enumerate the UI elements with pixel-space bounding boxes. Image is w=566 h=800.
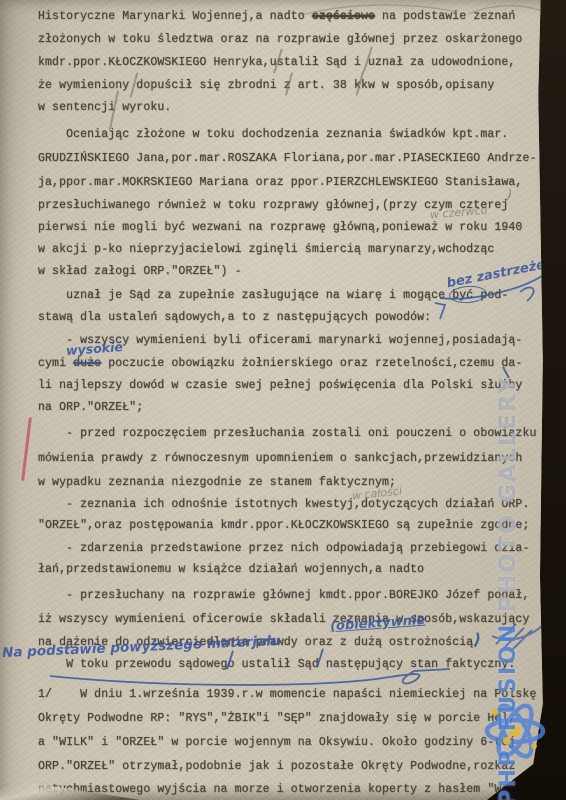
typed-line: natychmiastowego wyjścia na morze i otwo… (38, 783, 544, 797)
ink-annotation-wysokie: wysokie (66, 339, 124, 358)
typed-line: Historyczne Marynarki Wojennej,a nadto c… (38, 10, 515, 24)
ink-hook-mark (432, 300, 450, 322)
typed-line: ORP."ORZEŁ" otrzymał,podobnie jak i pozo… (38, 760, 515, 774)
typed-line: - przesłuchany na rozprawie głównej kmdt… (38, 589, 529, 603)
typed-line: w skład załogi ORP."ORZEŁ") - (38, 265, 242, 279)
typed-line: "ORZEŁ",oraz postępowania kmdr.ppor.KŁOC… (38, 519, 529, 533)
document-paper: Historyczne Marynarki Wojennej,a nadto c… (0, 0, 566, 800)
typed-line: 1/ W dniu 1.września 1939.r.w momencie n… (38, 688, 537, 702)
typed-line: - zdarzenia przedstawione przez nich odp… (38, 542, 529, 556)
typed-line: iż wszyscy wymienieni oficerowie składal… (38, 613, 529, 627)
typed-line: stawą dla ustaleń sądowych,a to z następ… (38, 311, 431, 325)
struck-word-blue: duże (73, 357, 101, 370)
typed-line: łań,przedstawionemu w książce działań wo… (38, 563, 424, 577)
typed-text: na podstawie zeznań (375, 10, 515, 23)
ink-paren-annotation: ) (474, 630, 481, 648)
typed-line: że wymieniony dopuścił się zbrodni z art… (38, 79, 494, 93)
typed-line: uznał je Sąd za zupełnie zasługujące na … (38, 289, 508, 303)
typed-line: złożonych w toku śledztwa oraz na rozpra… (38, 33, 522, 47)
typed-text: Historyczne Marynarki Wojennej,a nadto (38, 10, 312, 23)
typed-text: poczucie obowiązku żołnierskiego oraz rz… (101, 357, 522, 370)
red-margin-mark (21, 417, 31, 481)
typed-line: ja,ppor.mar.MOKRSKIEGO Mariana oraz ppor… (38, 176, 522, 190)
typed-line: Okręty Podwodne RP: "RYS","ŻBIK"i "SĘP" … (38, 712, 515, 726)
struck-word: częściowo (312, 10, 375, 23)
typed-line: - przed rozpoczęciem przesłuchania zosta… (38, 427, 537, 441)
typed-line: w wypadku zeznania niezgodnie ze stanem … (38, 476, 396, 490)
typed-line: - zeznania ich odnośnie istotnych kwesty… (38, 498, 529, 512)
typed-line: w sentencji wyroku. (38, 101, 171, 115)
typed-line: GRUDZIŃSKIEGO Jana,por.mar.ROSZAKA Flori… (38, 152, 537, 166)
scanned-document-photo: Historyczne Marynarki Wojennej,a nadto c… (0, 0, 566, 800)
typed-line: li najlepszy dowód w czasie swej pełnej … (38, 379, 522, 393)
typed-line: pierwsi nie mogli być wezwani na rozpraw… (38, 221, 522, 235)
typed-line: na ORP."ORZEŁ"; (38, 401, 143, 415)
typed-text: cymi (38, 357, 73, 370)
typed-line: a "WILK" i "ORZEŁ" w porcie wojennym na … (38, 736, 515, 750)
typed-line: Oceniając złożone w toku dochodzenia zez… (38, 128, 508, 142)
typed-line: w akcji p-ko nieprzyjacielowi zginęli śm… (38, 243, 494, 257)
typed-line: cymi duże poczucie obowiązku żołnierskie… (38, 357, 522, 371)
typed-line: mówienia prawdy z równoczesnym upomnieni… (38, 452, 522, 466)
typed-line: W toku przewodu sądowego ustalił Sąd nas… (38, 658, 515, 672)
